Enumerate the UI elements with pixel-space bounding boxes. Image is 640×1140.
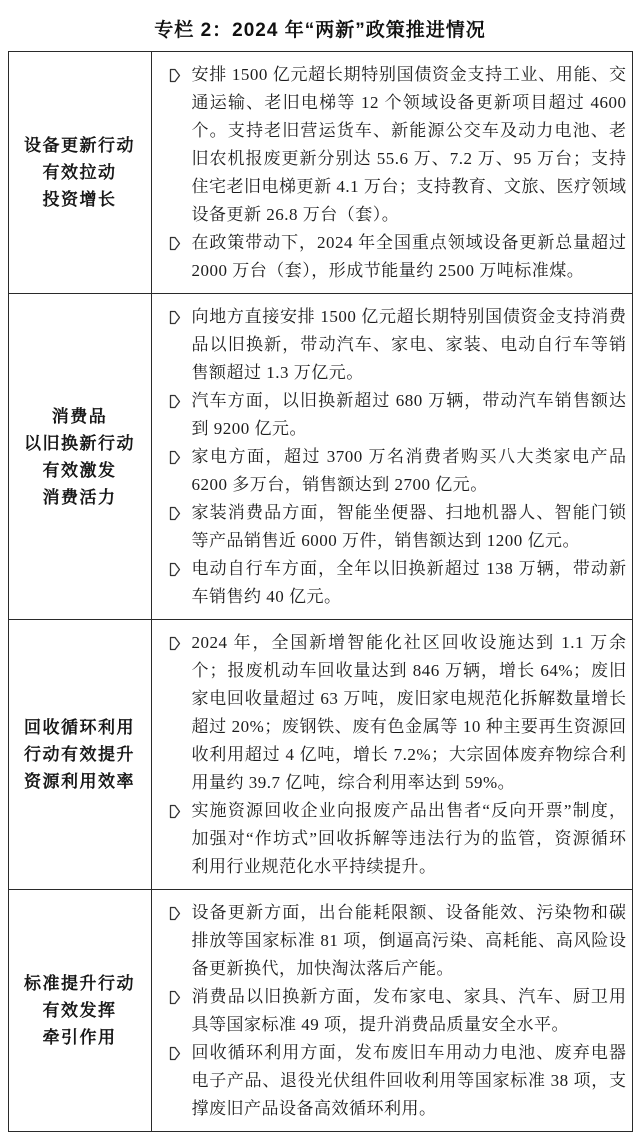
row-label-line: 牵引作用 (10, 1024, 150, 1051)
row-label-line: 标准提升行动 (10, 970, 150, 997)
table-row-standards: 标准提升行动 有效发挥 牵引作用 设备更新方面，出台能耗限额、设备能效、污染物和… (8, 890, 632, 1132)
list-item: 电动自行车方面，全年以旧换新超过 138 万辆，带动新车销售约 40 亿元。 (158, 555, 628, 611)
row-label-line: 有效拉动 (10, 159, 150, 186)
row-label-line: 设备更新行动 (10, 132, 150, 159)
item-text: 向地方直接安排 1500 亿元超长期特别国债资金支持消费品以旧换新，带动汽车、家… (192, 303, 628, 387)
item-text: 回收循环利用方面，发布废旧车用动力电池、废弃电器电子产品、退役光伏组件回收利用等… (192, 1039, 628, 1123)
list-item: 家电方面，超过 3700 万名消费者购买八大类家电产品 6200 多万台，销售额… (158, 443, 628, 499)
item-text: 实施资源回收企业向报废产品出售者“反向开票”制度，加强对“作坊式”回收拆解等违法… (192, 797, 628, 881)
item-text: 汽车方面，以旧换新超过 680 万辆，带动汽车销售额达到 9200 亿元。 (192, 387, 628, 443)
row-label-line: 以旧换新行动 (10, 430, 150, 457)
pentagon-arrow-right-icon (158, 387, 192, 409)
list-item: 汽车方面，以旧换新超过 680 万辆，带动汽车销售额达到 9200 亿元。 (158, 387, 628, 443)
pentagon-arrow-right-icon (158, 899, 192, 921)
row-content-cell: 向地方直接安排 1500 亿元超长期特别国债资金支持消费品以旧换新，带动汽车、家… (151, 294, 632, 620)
table-row-trade-in: 消费品 以旧换新行动 有效激发 消费活力 向地方直接安排 1500 亿元超长期特… (8, 294, 632, 620)
pentagon-arrow-right-icon (158, 229, 192, 251)
list-item: 设备更新方面，出台能耗限额、设备能效、污染物和碳排放等国家标准 81 项，倒逼高… (158, 899, 628, 983)
item-text: 电动自行车方面，全年以旧换新超过 138 万辆，带动新车销售约 40 亿元。 (192, 555, 628, 611)
item-text: 家装消费品方面，智能坐便器、扫地机器人、智能门锁等产品销售近 6000 万件，销… (192, 499, 628, 555)
page-title: 专栏 2：2024 年“两新”政策推进情况 (0, 0, 640, 42)
list-item: 消费品以旧换新方面，发布家电、家具、汽车、厨卫用具等国家标准 49 项，提升消费… (158, 983, 628, 1039)
row-label-line: 消费活力 (10, 484, 150, 511)
item-text: 消费品以旧换新方面，发布家电、家具、汽车、厨卫用具等国家标准 49 项，提升消费… (192, 983, 628, 1039)
list-item: 实施资源回收企业向报废产品出售者“反向开票”制度，加强对“作坊式”回收拆解等违法… (158, 797, 628, 881)
list-item: 安排 1500 亿元超长期特别国债资金支持工业、用能、交通运输、老旧电梯等 12… (158, 61, 628, 229)
row-label-line: 有效激发 (10, 457, 150, 484)
item-text: 家电方面，超过 3700 万名消费者购买八大类家电产品 6200 多万台，销售额… (192, 443, 628, 499)
pentagon-arrow-right-icon (158, 1039, 192, 1061)
pentagon-arrow-right-icon (158, 443, 192, 465)
item-text: 安排 1500 亿元超长期特别国债资金支持工业、用能、交通运输、老旧电梯等 12… (192, 61, 628, 229)
row-label-line: 有效发挥 (10, 997, 150, 1024)
row-label-line: 消费品 (10, 403, 150, 430)
item-text: 在政策带动下，2024 年全国重点领域设备更新总量超过 2000 万台（套），形… (192, 229, 628, 285)
table-row-equipment-renewal: 设备更新行动 有效拉动 投资增长 安排 1500 亿元超长期特别国债资金支持工业… (8, 52, 632, 294)
table-row-recycling: 回收循环利用 行动有效提升 资源利用效率 2024 年，全国新增智能化社区回收设… (8, 620, 632, 890)
row-label-cell: 设备更新行动 有效拉动 投资增长 (8, 52, 151, 294)
policy-progress-table: 设备更新行动 有效拉动 投资增长 安排 1500 亿元超长期特别国债资金支持工业… (8, 51, 633, 1132)
row-content-cell: 2024 年，全国新增智能化社区回收设施达到 1.1 万余个；报废机动车回收量达… (151, 620, 632, 890)
row-label-cell: 消费品 以旧换新行动 有效激发 消费活力 (8, 294, 151, 620)
list-item: 家装消费品方面，智能坐便器、扫地机器人、智能门锁等产品销售近 6000 万件，销… (158, 499, 628, 555)
document-page: 专栏 2：2024 年“两新”政策推进情况 设备更新行动 有效拉动 投资增长 安… (0, 0, 640, 1140)
list-item: 2024 年，全国新增智能化社区回收设施达到 1.1 万余个；报废机动车回收量达… (158, 629, 628, 797)
list-item: 在政策带动下，2024 年全国重点领域设备更新总量超过 2000 万台（套），形… (158, 229, 628, 285)
pentagon-arrow-right-icon (158, 555, 192, 577)
item-text: 2024 年，全国新增智能化社区回收设施达到 1.1 万余个；报废机动车回收量达… (192, 629, 628, 797)
pentagon-arrow-right-icon (158, 61, 192, 83)
row-content-cell: 设备更新方面，出台能耗限额、设备能效、污染物和碳排放等国家标准 81 项，倒逼高… (151, 890, 632, 1132)
item-text: 设备更新方面，出台能耗限额、设备能效、污染物和碳排放等国家标准 81 项，倒逼高… (192, 899, 628, 983)
row-label-line: 行动有效提升 (10, 741, 150, 768)
pentagon-arrow-right-icon (158, 629, 192, 651)
row-label-line: 投资增长 (10, 186, 150, 213)
row-label-cell: 回收循环利用 行动有效提升 资源利用效率 (8, 620, 151, 890)
row-content-cell: 安排 1500 亿元超长期特别国债资金支持工业、用能、交通运输、老旧电梯等 12… (151, 52, 632, 294)
pentagon-arrow-right-icon (158, 303, 192, 325)
list-item: 向地方直接安排 1500 亿元超长期特别国债资金支持消费品以旧换新，带动汽车、家… (158, 303, 628, 387)
pentagon-arrow-right-icon (158, 983, 192, 1005)
row-label-line: 资源利用效率 (10, 768, 150, 795)
row-label-cell: 标准提升行动 有效发挥 牵引作用 (8, 890, 151, 1132)
pentagon-arrow-right-icon (158, 797, 192, 819)
row-label-line: 回收循环利用 (10, 714, 150, 741)
list-item: 回收循环利用方面，发布废旧车用动力电池、废弃电器电子产品、退役光伏组件回收利用等… (158, 1039, 628, 1123)
pentagon-arrow-right-icon (158, 499, 192, 521)
